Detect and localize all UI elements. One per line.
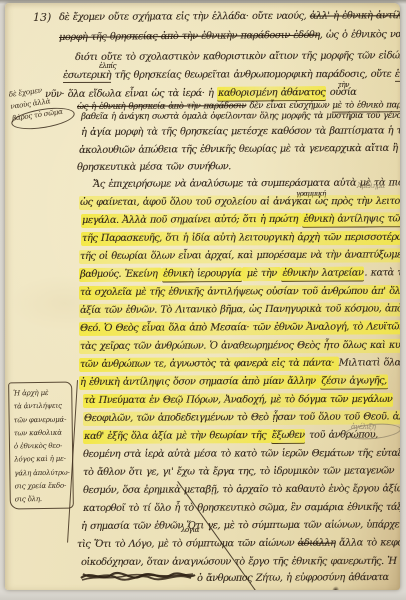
margin-box-note-line: σις χρεία ἔκδο- bbox=[14, 480, 70, 494]
manuscript-line-26: ἡ ἐθνικὴ ἀντίληψις ὅσον σημασία ἀπὸ μίαν… bbox=[79, 376, 388, 387]
manuscript-line-5: ἐλπίς bbox=[99, 63, 116, 70]
manuscript-line-3: διότι οὔτε τὸ σχολαστικὸν καθοριστικὸν α… bbox=[75, 51, 400, 63]
margin-box-note-line: ὁ ἐθνικὸς θεο- bbox=[14, 440, 70, 454]
ink-scribble-strikeout bbox=[79, 566, 199, 586]
manuscript-line-24: τὰς χεῖρας τῶν ἀνθρώπων. Ὁ ἀναθεωρημένος… bbox=[79, 341, 400, 352]
manuscript-line-35: ἡ σημασία τῶν ἐθνῶν Ὅτι γε, μὲ τὸ σύμπτω… bbox=[81, 520, 400, 531]
manuscript-paper: 13) δὲ ἔχομεν οὔτε σχήματα εἰς τὴν ἑλλάδ… bbox=[5, 3, 400, 590]
margin-box-note-line: Ἡ ἀρχὴ μὲ bbox=[13, 387, 69, 401]
manuscript-line-37: τὶς Ὅτι τὸ Λόγο, μὲ τὸ σύμπτωμα τῶν αἰών… bbox=[77, 538, 400, 550]
manuscript-line-12: θρησκευτικὰ μέσα τῶν συνήθων. bbox=[77, 162, 231, 173]
manuscript-line-7: τὴν bbox=[338, 82, 349, 89]
margin-box-note-line: των καθολικὰ bbox=[14, 426, 70, 440]
scanned-manuscript-page: { "page": { "number_label": "13)" }, "co… bbox=[0, 0, 406, 600]
manuscript-line-32: τὸ ἄθλον ὅτι γε, γι' ἔχω τὰ ἔργα της, τὸ… bbox=[83, 466, 394, 477]
manuscript-line-6: νῦν· ὅλα εἴδωλα εἶναι ὡς τὰ ἱερά· ἡ καθο… bbox=[45, 88, 356, 100]
page-number: 13) bbox=[33, 11, 51, 24]
manuscript-line-13: Ἄς ἐπιχειρήσωμε νὰ ἀναλύσωμε τὰ συμπεράσ… bbox=[93, 178, 400, 190]
manuscript-line-1: δὲ ἔχομεν οὔτε σχήματα εἰς τὴν ἑλλάδα· ο… bbox=[59, 11, 400, 23]
manuscript-line-22: ἀξία τῶν ἐθνῶν. Τὸ Λιτανικὸ βῆμα, ὡς Παν… bbox=[79, 304, 400, 316]
manuscript-line-17: μεγάλα. Ἀλλὰ ποῦ σημαίνει αὐτό; ὅτι ἡ πρ… bbox=[81, 214, 400, 226]
manuscript-line-31: θεομένη στὰ ἱερὰ αὐτὰ μέσα τὸ κατὸ τῶν ἱ… bbox=[83, 449, 400, 460]
manuscript-line-8: ὡς ἡ ἐθνικὴ θρησκεία ἀπὸ τὴν παράδοσιν δ… bbox=[77, 101, 400, 111]
manuscript-line-33: θεσμόν, ὅσα ἐρημικὰ μεταβῇ, τὸ ἀρχαῖο τὸ… bbox=[83, 484, 400, 496]
manuscript-line-10: ἡ ἁγία μορφὴ τὰ τῆς θρησκείας μετέσχε κα… bbox=[81, 126, 400, 138]
manuscript-line-34: κατορθοῖ τὸ τί ὅλο ἦ τὸ θρησκευτικὸ σῶμα… bbox=[83, 503, 400, 514]
manuscript-line-20: βαθμούς. Ἐκείνη ἐθνικὴ ἱερουργία μὲ τὴν … bbox=[79, 268, 400, 280]
manuscript-line-18: τῆς Παρασκευῆς, ὅτι ἡ ἰδία αὐτὴ λειτουργ… bbox=[81, 233, 400, 244]
manuscript-line-11: ἀκολουθιῶν ἀπώθεια τῆς ἐθνικῆς θεωρίας μ… bbox=[79, 144, 400, 156]
margin-box-note-line: σις ὅλη. bbox=[15, 493, 71, 507]
manuscript-line-25: τῶν ἀνθρώπων τε, ἀγνωστὸς τὰ φανερὰ εἰς … bbox=[79, 358, 400, 369]
manuscript-line-21: τὰ σχολεῖα μὲ τῆς ἐθνικῆς ἀντιλήψεως οὐσ… bbox=[79, 287, 400, 298]
manuscript-line-27: τὰ Πνεύματα ἐν Θεῷ Πόρων, Ἀναδοχή, μὲ τὸ… bbox=[83, 395, 393, 406]
margin-box-note-line: γάλη ἀπολύτρω- bbox=[14, 466, 70, 480]
manuscript-line-16: ὡς φαίνεται, ἀφοῦ ὅλου τοῦ σχολείου αἱ ἀ… bbox=[79, 197, 400, 208]
manuscript-line-9: βαθεῖα ἡ ἀνάγκη σωστὰ ὁμαλὰ ὀφείλονταν ὅ… bbox=[81, 112, 400, 122]
manuscript-line-29: καθ' ἑξῆς ὅλα ἀξία μὲ τὴν θεωρίαν τῆς ἔξ… bbox=[83, 430, 378, 441]
manuscript-line-19: τῆς οἱ θεωρίαι ὅλων εἶναι ἀρχαί, καὶ μπο… bbox=[79, 250, 400, 262]
margin-annotation-box: Ἡ ἀρχὴ μὲτὰ ἀντιλήψειςτῶν φανερωμά-των κ… bbox=[8, 382, 74, 510]
manuscript-line-15: Ἀμέλημα bbox=[357, 183, 385, 190]
ink-blot bbox=[331, 585, 341, 590]
manuscript-line-23: Θεό. Ὁ Θεὸς εἶναι ὅλα ἀπὸ Μεσαία· τῶν ἐθ… bbox=[79, 322, 400, 334]
manuscript-line-36: λόγια bbox=[181, 527, 199, 534]
margin-box-note-line: λόγος καὶ ἡ με- bbox=[14, 453, 70, 467]
manuscript-line-4: ἐσωτερικὴ τῆς θρησκείας θεωρεῖται ἀνθρωπ… bbox=[63, 70, 400, 81]
margin-box-note-line: τὰ ἀντιλήψεις bbox=[13, 400, 69, 414]
margin-box-note-line: τῶν φανερωμά- bbox=[14, 413, 70, 427]
manuscript-line-39: ὁ ἄνθρωπος Ζήτω, ἡ εὐφροσύνη ἀθάνατα bbox=[197, 573, 389, 584]
manuscript-line-2: μορφὴ τῆς θρησκείας ἀπὸ τὴν ἐθνικὴν παρά… bbox=[59, 30, 400, 43]
